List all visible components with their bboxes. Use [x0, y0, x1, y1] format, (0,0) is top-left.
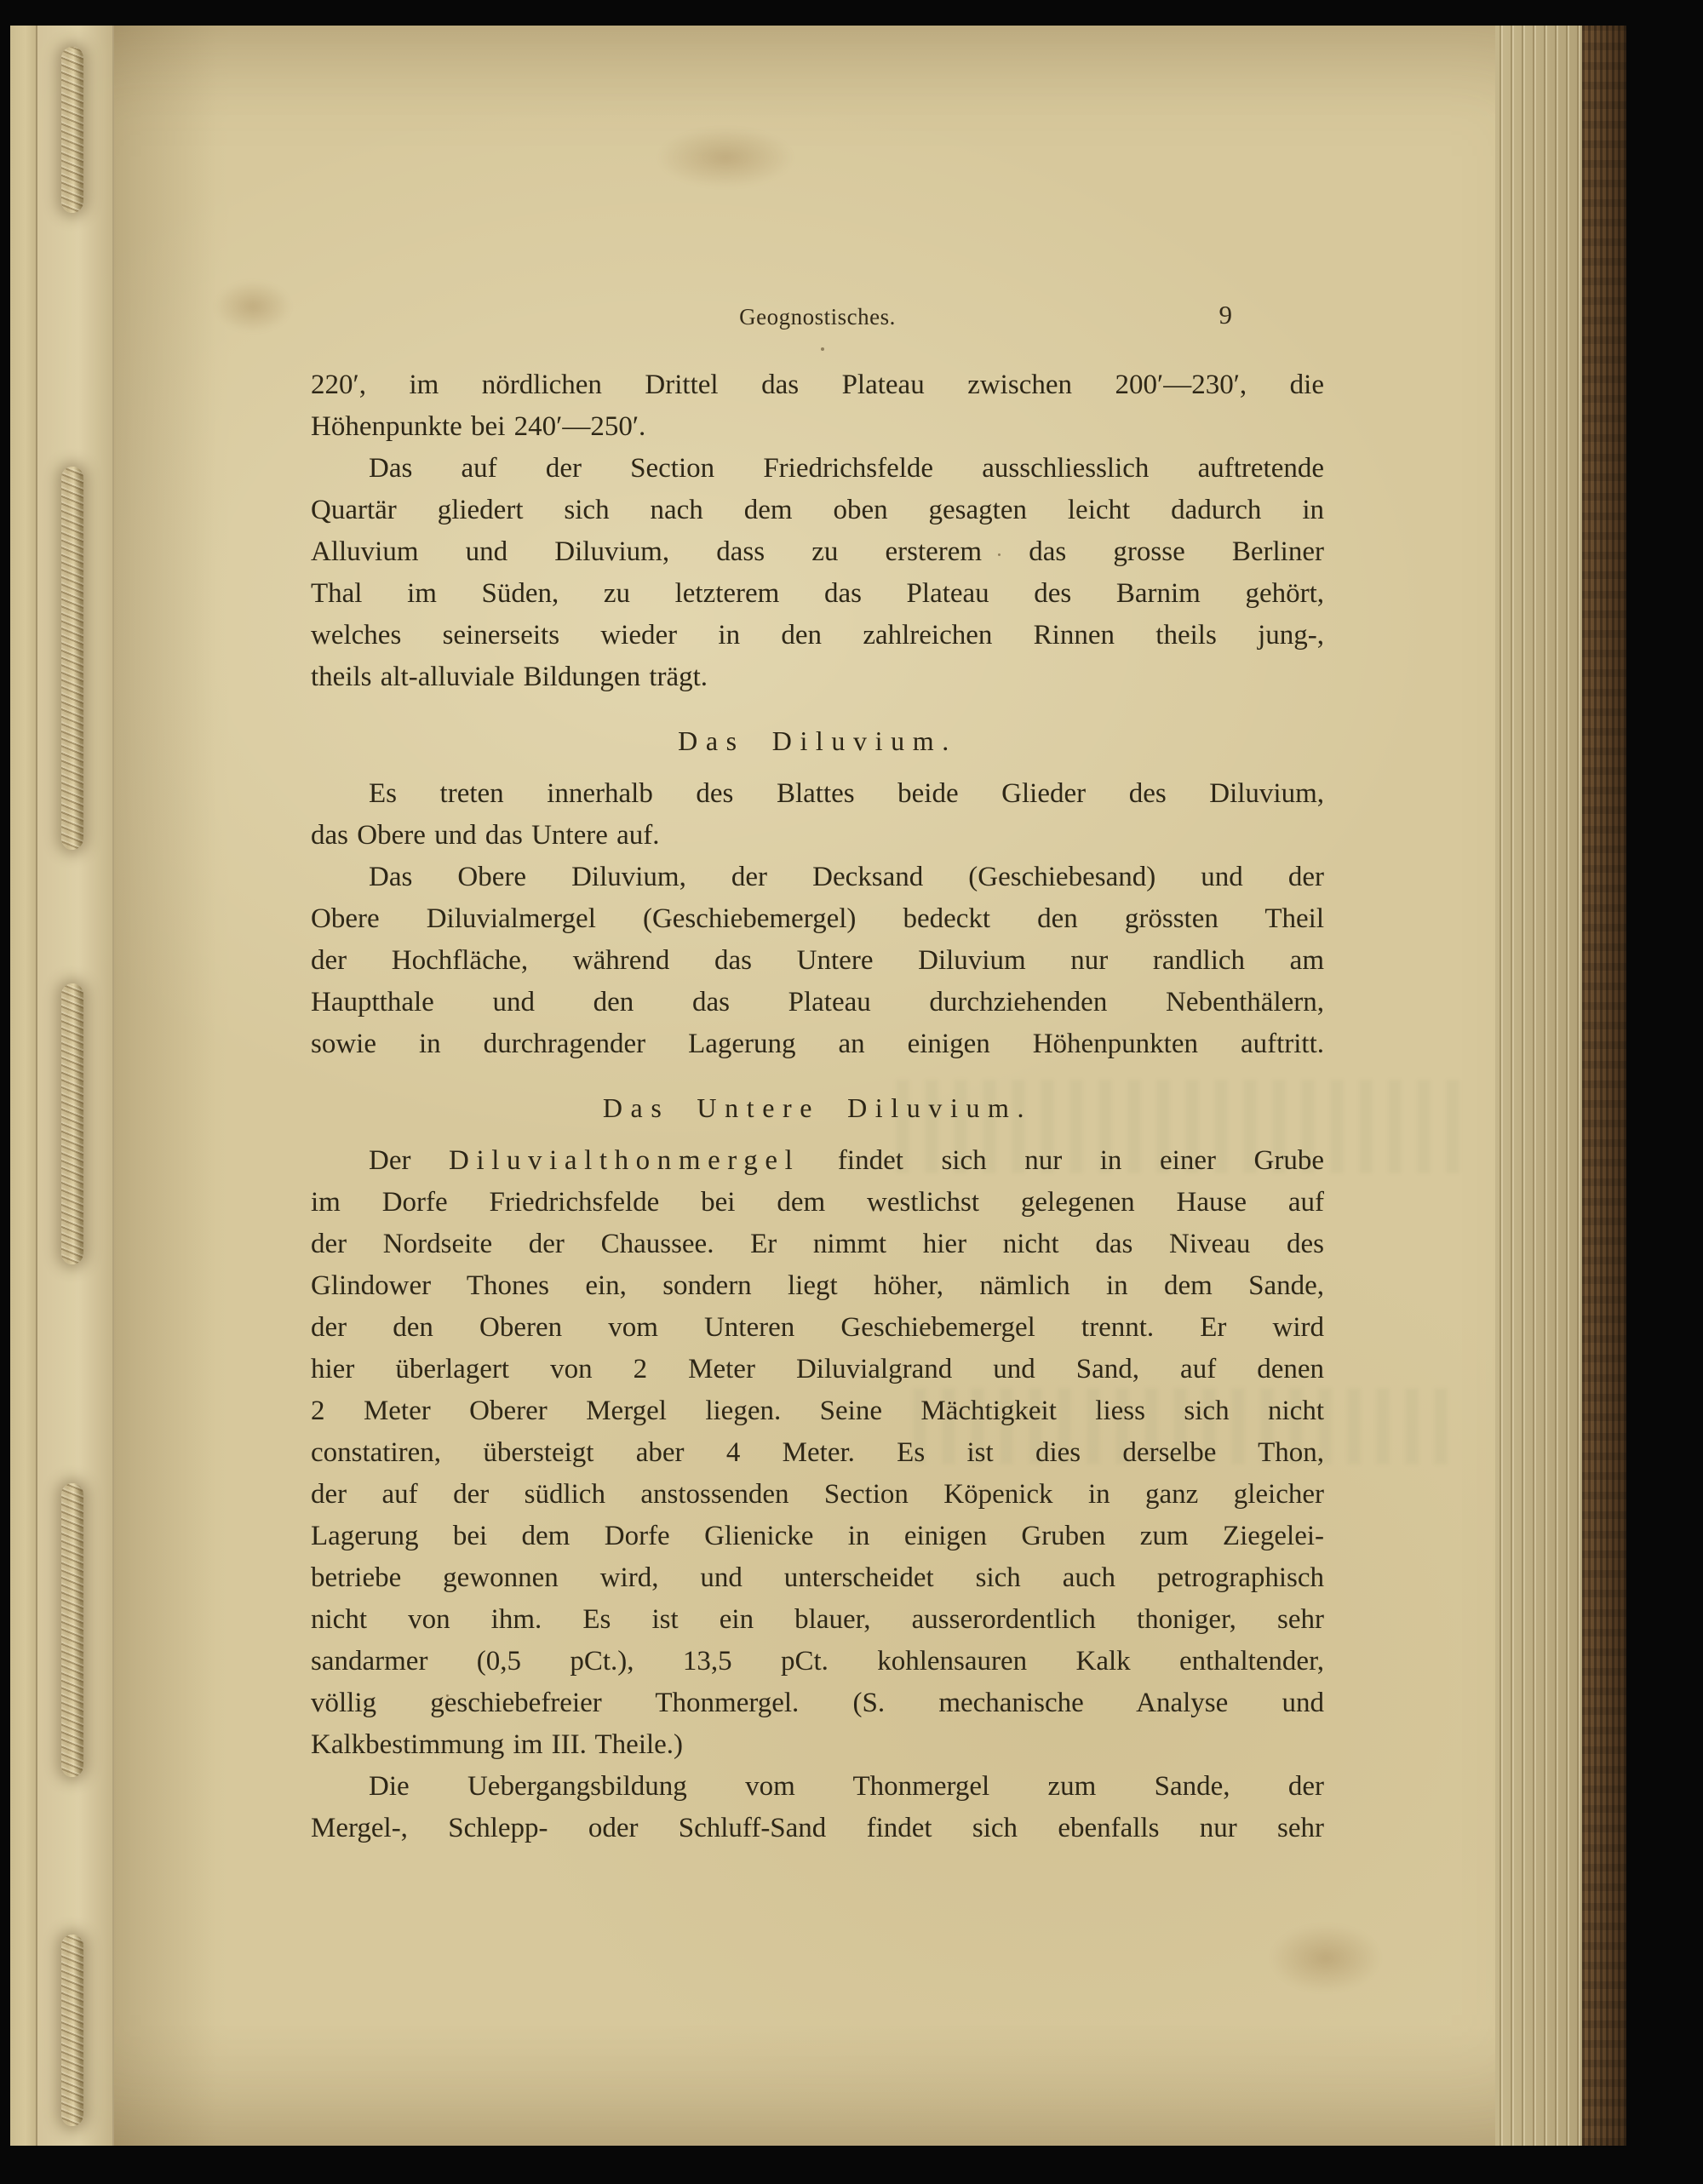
paper-speck [821, 347, 824, 351]
text-line: völlig geschiebefreier Thonmergel. (S. m… [311, 1682, 1324, 1724]
text-line: Lagerung bei dem Dorfe Glienicke in eini… [311, 1516, 1324, 1557]
binding-stitch-thread [61, 467, 83, 850]
section-heading: Das Untere Diluvium. [311, 1087, 1324, 1129]
text-line: der Hochfläche, während das Untere Diluv… [311, 940, 1324, 982]
thread-twist-texture [61, 983, 83, 1264]
running-title: Geognostisches. [311, 297, 1324, 336]
thread-twist-texture [61, 467, 83, 850]
text-line: Die Uebergangsbildung vom Thonmergel zum… [311, 1766, 1324, 1808]
paragraph: Der Diluvialthonmergel findet sich nur i… [311, 1140, 1324, 1766]
thread-twist-texture [61, 1935, 83, 2126]
binding-stitch-thread [61, 1935, 83, 2126]
thread-twist-texture [61, 47, 83, 213]
text-line: das Obere und das Untere auf. [311, 815, 1324, 857]
text-line: Höhenpunkte bei 240′—250′. [311, 406, 1324, 448]
text-line: sowie in durchragender Lagerung an einig… [311, 1023, 1324, 1065]
text-segment: findet sich nur in einer Grube [800, 1145, 1324, 1176]
binding-stitch-thread [61, 983, 83, 1264]
paragraph: Die Uebergangsbildung vom Thonmergel zum… [311, 1766, 1324, 1849]
paragraph: Das auf der Section Friedrichsfelde auss… [311, 448, 1324, 698]
thread-twist-texture [61, 1483, 83, 1777]
page-header: Geognostisches. 9 [311, 297, 1324, 336]
gutter-shadow [114, 26, 216, 2146]
foxing-spot [657, 128, 794, 187]
text-line: hier überlagert von 2 Meter Diluvialgran… [311, 1349, 1324, 1390]
text-line: im Dorfe Friedrichsfelde bei dem westlic… [311, 1182, 1324, 1224]
text-line: Alluvium und Diluvium, dass zu ersterem … [311, 531, 1324, 573]
text-line: welches seinerseits wieder in den zahlre… [311, 615, 1324, 656]
text-line: Quartär gliedert sich nach dem oben gesa… [311, 490, 1324, 531]
foxing-spot [1270, 1924, 1381, 1992]
paragraph: Es treten innerhalb des Blattes beide Gl… [311, 773, 1324, 857]
page-number: 9 [1219, 295, 1233, 335]
foxing-spot [215, 281, 291, 332]
paragraph: Das Obere Diluvium, der Decksand (Geschi… [311, 857, 1324, 1065]
text-line: Hauptthale und den das Plateau durchzieh… [311, 982, 1324, 1023]
facing-page-stub [10, 26, 37, 2146]
text-line: Es treten innerhalb des Blattes beide Gl… [311, 773, 1324, 815]
text-line: Der Diluvialthonmergel findet sich nur i… [311, 1140, 1324, 1182]
book-block-edge [1582, 26, 1626, 2146]
text-line: Das Obere Diluvium, der Decksand (Geschi… [311, 857, 1324, 898]
text-line: betriebe gewonnen wird, und unterscheide… [311, 1557, 1324, 1599]
text-line: der Nordseite der Chaussee. Er nimmt hie… [311, 1224, 1324, 1265]
text-line: 2 Meter Oberer Mergel liegen. Seine Mäch… [311, 1390, 1324, 1432]
binding-stitch-thread [61, 47, 83, 213]
binding-stitch-thread [61, 1483, 83, 1777]
text-line: nicht von ihm. Es ist ein blauer, ausser… [311, 1599, 1324, 1641]
text-column: 220′, im nördlichen Drittel das Plateau … [311, 364, 1324, 1849]
text-line: Das auf der Section Friedrichsfelde auss… [311, 448, 1324, 490]
text-line: Obere Diluvialmergel (Geschiebemergel) b… [311, 898, 1324, 940]
text-line: Thal im Süden, zu letzterem das Plateau … [311, 573, 1324, 615]
text-line: der den Oberen vom Unteren Geschiebemerg… [311, 1307, 1324, 1349]
text-line: Kalkbestimmung im III. Theile.) [311, 1724, 1324, 1766]
text-line: theils alt-alluviale Bildungen trägt. [311, 656, 1324, 698]
page-fore-edge [1495, 26, 1582, 2146]
section-heading: Das Diluvium. [311, 720, 1324, 762]
paragraph: 220′, im nördlichen Drittel das Plateau … [311, 364, 1324, 448]
text-line: sandarmer (0,5 pCt.), 13,5 pCt. kohlensa… [311, 1641, 1324, 1682]
text-line: Glindower Thones ein, sondern liegt höhe… [311, 1265, 1324, 1307]
text-segment: Der [369, 1145, 449, 1176]
text-line: Mergel-, Schlepp- oder Schluff-Sand find… [311, 1808, 1324, 1849]
text-line: 220′, im nördlichen Drittel das Plateau … [311, 364, 1324, 406]
book-scan: Geognostisches. 9 220′, im nördlichen Dr… [0, 0, 1703, 2184]
text-line: constatiren, übersteigt aber 4 Meter. Es… [311, 1432, 1324, 1474]
text-line: der auf der südlich anstossenden Section… [311, 1474, 1324, 1516]
letterspaced-term: Diluvialthonmergel [449, 1145, 800, 1176]
